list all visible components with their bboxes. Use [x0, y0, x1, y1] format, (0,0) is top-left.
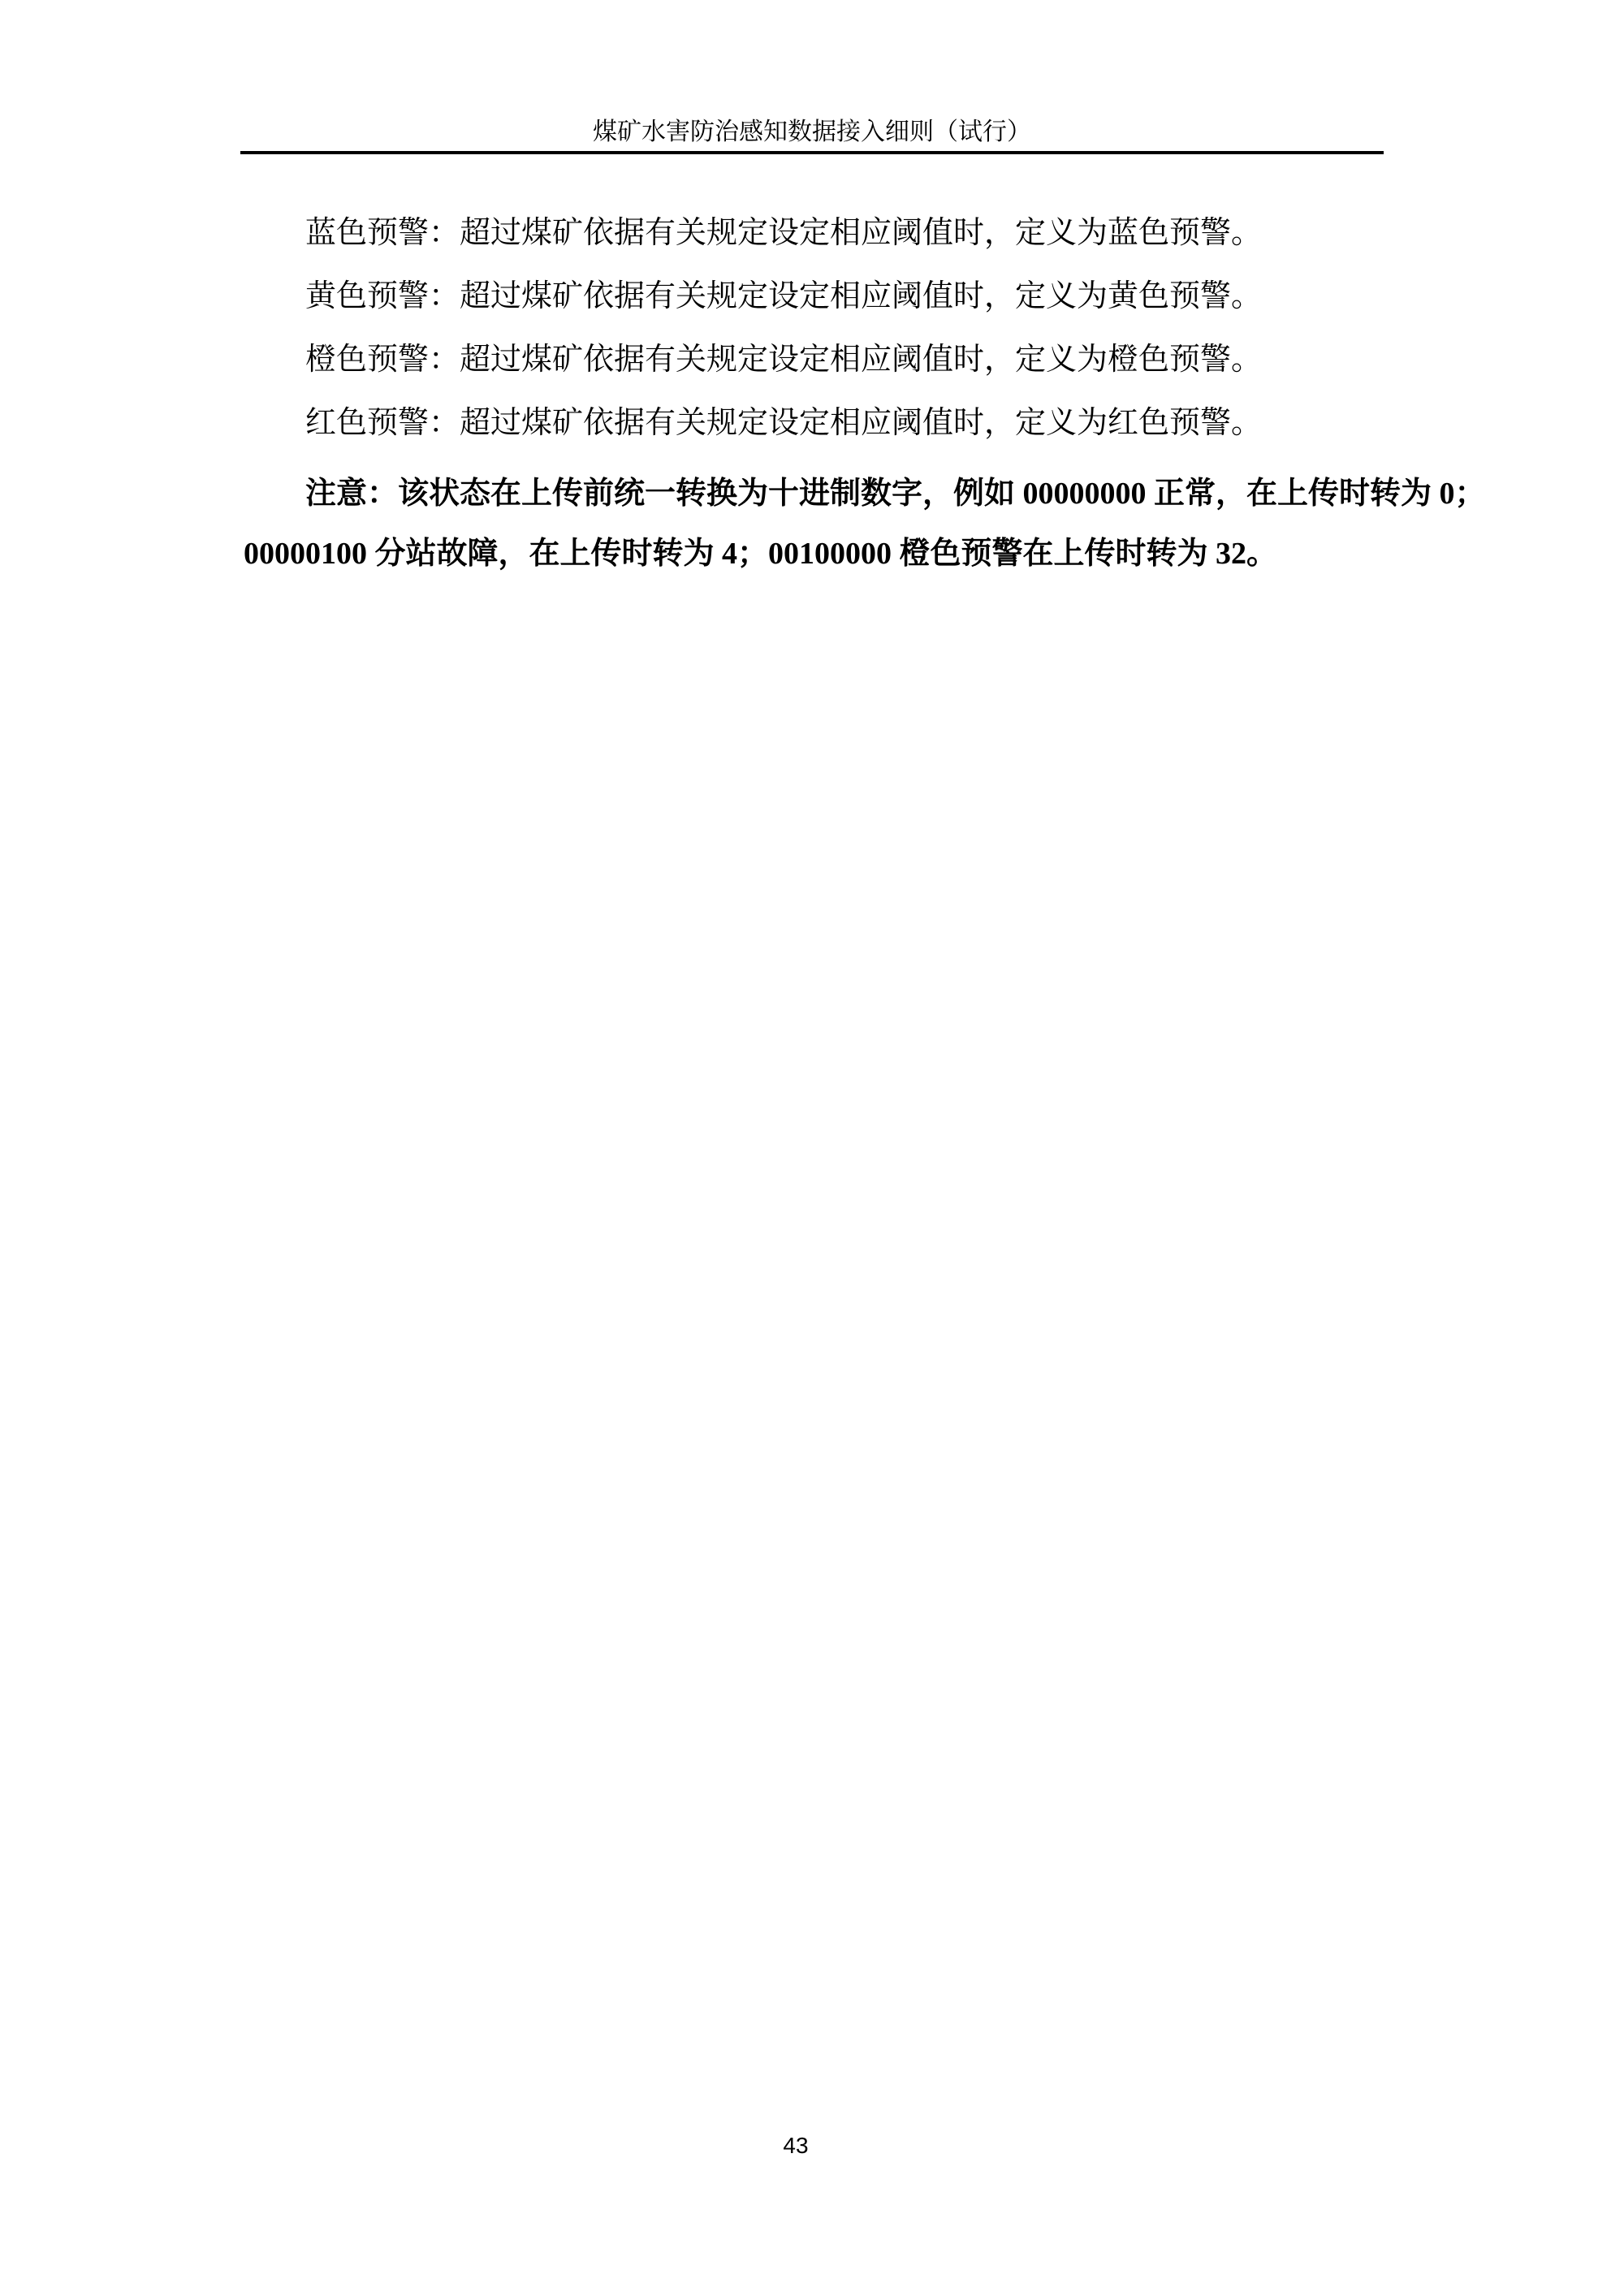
document-body: 蓝色预警：超过煤矿依据有关规定设定相应阈值时，定义为蓝色预警。 黄色预警：超过煤… [244, 201, 1380, 584]
paragraph-blue-warning: 蓝色预警：超过煤矿依据有关规定设定相应阈值时，定义为蓝色预警。 [244, 201, 1380, 265]
header-title: 煤矿水害防治感知数据接入细则（试行） [593, 119, 1031, 145]
document-page: 煤矿水害防治感知数据接入细则（试行） 蓝色预警：超过煤矿依据有关规定设定相应阈值… [0, 0, 1624, 2296]
note-paragraph-line-1: 注意：该状态在上传前统一转换为十进制数字，例如 00000000 正常，在上传时… [244, 464, 1380, 524]
note-paragraph-line-2: 00000100 分站故障，在上传时转为 4；00100000 橙色预警在上传时… [244, 524, 1380, 584]
page-number: 43 [731, 2132, 861, 2160]
header-rule [240, 151, 1384, 154]
paragraph-red-warning: 红色预警：超过煤矿依据有关规定设定相应阈值时，定义为红色预警。 [244, 391, 1380, 455]
paragraph-orange-warning: 橙色预警：超过煤矿依据有关规定设定相应阈值时，定义为橙色预警。 [244, 328, 1380, 391]
page-header: 煤矿水害防治感知数据接入细则（试行） [0, 117, 1624, 148]
paragraph-yellow-warning: 黄色预警：超过煤矿依据有关规定设定相应阈值时，定义为黄色预警。 [244, 265, 1380, 328]
